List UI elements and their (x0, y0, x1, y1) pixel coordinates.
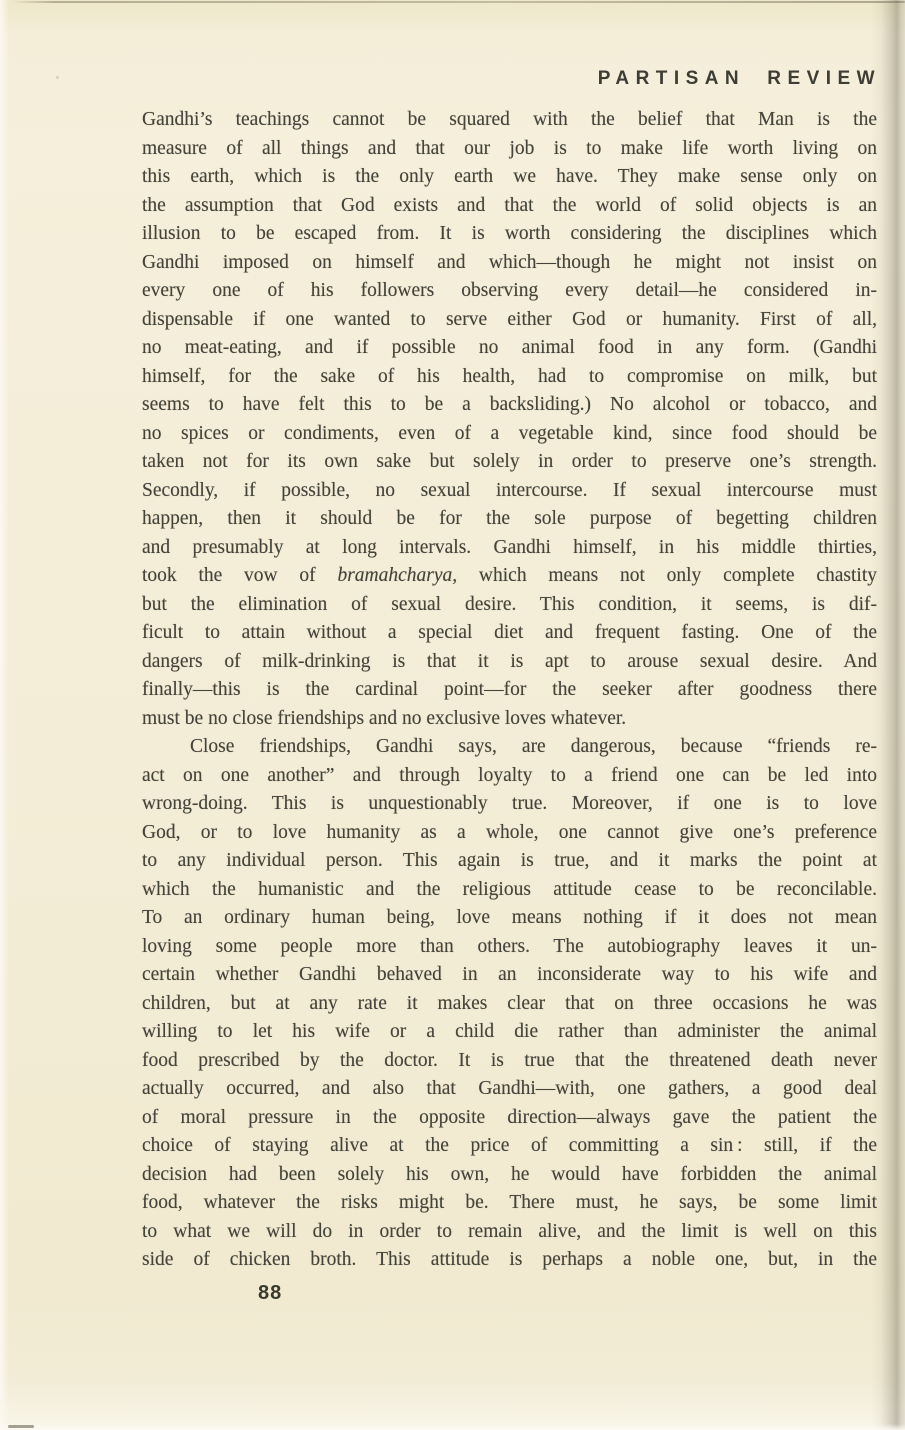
text-line: children, but at any rate it makes clear… (142, 990, 877, 1019)
paragraph: Gandhi’s teachings cannot be squared wit… (142, 106, 877, 733)
italic-term: bramahcharya, (337, 565, 457, 586)
paragraph: Close friendships, Gandhi says, are dang… (142, 733, 877, 1275)
text-line: the assumption that God exists and that … (142, 192, 877, 221)
text-line: but the elimination of sexual desire. Th… (142, 591, 877, 620)
page-number: 88 (258, 1283, 282, 1303)
text-line: of moral pressure in the opposite direct… (142, 1104, 877, 1133)
text-line: no meat-eating, and if possible no anima… (142, 334, 877, 363)
text-line: willing to let his wife or a child die r… (142, 1018, 877, 1047)
text-line: actually occurred, and also that Gandhi—… (142, 1075, 877, 1104)
text-line: side of chicken broth. This attitude is … (142, 1246, 877, 1275)
text-line: choice of staying alive at the price of … (142, 1132, 877, 1161)
page-edge-highlight-bottom (0, 1424, 905, 1430)
text-line: took the vow of bramahcharya, which mean… (142, 562, 877, 591)
text-line: dispensable if one wanted to serve eithe… (142, 306, 877, 335)
text-line: to what we will do in order to remain al… (142, 1218, 877, 1247)
text-line: seems to have felt this to be a backslid… (142, 391, 877, 420)
text-line: Gandhi’s teachings cannot be squared wit… (142, 106, 877, 135)
text-line: food prescribed by the doctor. It is tru… (142, 1047, 877, 1076)
text-line: Secondly, if possible, no sexual interco… (142, 477, 877, 506)
paper-speck (56, 76, 59, 79)
text-line: which the humanistic and the religious a… (142, 876, 877, 905)
text-line: certain whether Gandhi behaved in an inc… (142, 961, 877, 990)
text-line: loving some people more than others. The… (142, 933, 877, 962)
book-page: PARTISAN REVIEW Gandhi’s teachings canno… (0, 0, 905, 1430)
paper-speck (148, 232, 152, 235)
text-line: every one of his followers observing eve… (142, 277, 877, 306)
running-header: PARTISAN REVIEW (598, 68, 881, 90)
text-line: dangers of milk-drinking is that it is a… (142, 648, 877, 677)
page-edge-shadow-right (871, 0, 905, 1430)
text-line: illusion to be escaped from. It is worth… (142, 220, 877, 249)
text-line: food, whatever the risks might be. There… (142, 1189, 877, 1218)
text-line: Close friendships, Gandhi says, are dang… (142, 733, 877, 762)
text-line: God, or to love humanity as a whole, one… (142, 819, 877, 848)
text-line: decision had been solely his own, he wou… (142, 1161, 877, 1190)
text-line: must be no close friendships and no excl… (142, 705, 877, 734)
text-line: and presumably at long intervals. Gandhi… (142, 534, 877, 563)
scan-artifact-mark (8, 1425, 34, 1428)
page-edge-line-top (12, 1, 905, 3)
text-line: no spices or condiments, even of a veget… (142, 420, 877, 449)
text-line: act on one another” and through loyalty … (142, 762, 877, 791)
text-line: to any individual person. This again is … (142, 847, 877, 876)
text-line: wrong-doing. This is unquestionably true… (142, 790, 877, 819)
text-line: finally—this is the cardinal point—for t… (142, 676, 877, 705)
text-line: this earth, which is the only earth we h… (142, 163, 877, 192)
text-line: happen, then it should be for the sole p… (142, 505, 877, 534)
text-line: ficult to attain without a special diet … (142, 619, 877, 648)
text-line: taken not for its own sake but solely in… (142, 448, 877, 477)
text-line: himself, for the sake of his health, had… (142, 363, 877, 392)
text-line: Gandhi imposed on himself and which—thou… (142, 249, 877, 278)
page-edge-highlight-left (0, 0, 9, 1430)
text-line: To an ordinary human being, love means n… (142, 904, 877, 933)
text-line: measure of all things and that our job i… (142, 135, 877, 164)
text-block: Gandhi’s teachings cannot be squared wit… (142, 106, 877, 1275)
